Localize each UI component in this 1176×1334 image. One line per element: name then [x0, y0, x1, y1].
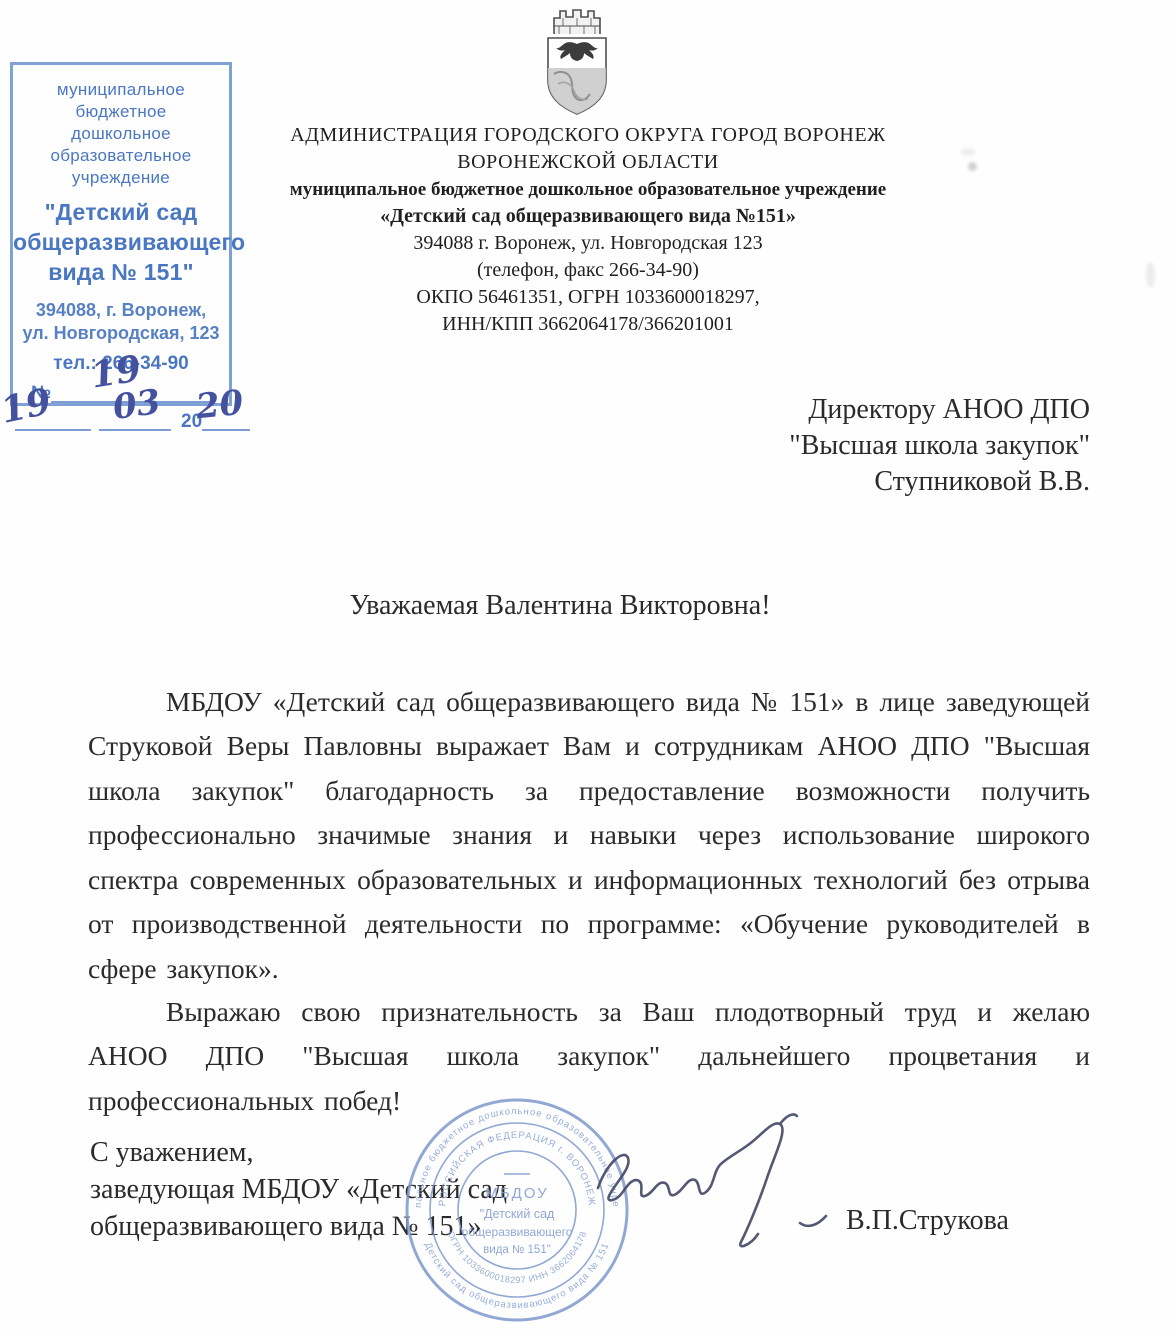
stamp-date-year-underline: 20	[202, 405, 250, 431]
recipient-block: Директору АНОО ДПО "Высшая школа закупок…	[789, 392, 1090, 500]
recipient-organization: "Высшая школа закупок"	[789, 428, 1090, 464]
scan-speck	[1146, 262, 1155, 288]
stamp-title-line: "Детский сад	[13, 197, 229, 227]
letterhead-org-name: «Детский сад общеразвивающего вида №151»	[238, 203, 938, 230]
stamp-year-prefix: 20	[181, 411, 202, 433]
seal-center-abbr: МБДОУ	[485, 1185, 548, 1202]
stamp-phone: тел.: 266-34-90	[13, 353, 229, 375]
letterhead-okpo-ogrn: ОКПО 56461351, ОГРН 1033600018297,	[238, 284, 938, 311]
stamp-number-label: №	[31, 382, 51, 403]
stamp-date-day-underline: 19	[15, 405, 91, 431]
scanned-letter-page: муниципальное бюджетное дошкольное образ…	[0, 0, 1176, 1334]
letterhead-region-line: ВОРОНЕЖСКОЙ ОБЛАСТИ	[238, 149, 938, 176]
letterhead-org-type: муниципальное бюджетное дошкольное образ…	[238, 176, 938, 203]
scan-speck	[960, 148, 976, 156]
seal-center-name-1: "Детский сад	[480, 1207, 555, 1221]
letterhead-inn-kpp: ИНН/КПП 3662064178/366201001	[238, 311, 938, 338]
letterhead-administration-line: АДМИНИСТРАЦИЯ ГОРОДСКОГО ОКРУГА ГОРОД ВО…	[238, 122, 938, 149]
stamp-title-line: вида № 151"	[13, 257, 229, 287]
scan-speck	[968, 162, 977, 171]
stamp-date-month-underline: 03	[99, 405, 171, 431]
letterhead-phone: (телефон, факс 266-34-90)	[238, 257, 938, 284]
stamp-address-line: ул. Новгородская, 123	[13, 322, 229, 345]
stamp-title-line: общеразвивающего	[13, 227, 229, 257]
stamp-org-line: дошкольное	[13, 123, 229, 145]
stamp-number-underline: 19	[51, 377, 215, 403]
stamp-org-line: образовательное	[13, 145, 229, 167]
salutation: Уважаемая Валентина Викторовна!	[60, 590, 1060, 622]
voronezh-coat-of-arms-icon	[534, 4, 620, 116]
letterhead-address: 394088 г. Воронеж, ул. Новгородская 123	[238, 230, 938, 257]
stamp-date-row: 19 03 20 20	[15, 405, 219, 431]
body-paragraph-1: МБДОУ «Детский сад общеразвивающего вида…	[88, 680, 1090, 992]
signer-name: В.П.Струкова	[846, 1205, 1009, 1237]
stamp-org-line: учреждение	[13, 167, 229, 189]
stamp-number-row: № 19	[31, 377, 215, 403]
stamp-address-line: 394088, г. Воронеж,	[13, 299, 229, 322]
recipient-name: Ступниковой В.В.	[789, 464, 1090, 500]
letterhead: АДМИНИСТРАЦИЯ ГОРОДСКОГО ОКРУГА ГОРОД ВО…	[238, 122, 938, 338]
stamp-org-line: бюджетное	[13, 101, 229, 123]
seal-center-name-3: вида № 151"	[483, 1244, 551, 1256]
corner-stamp: муниципальное бюджетное дошкольное образ…	[10, 62, 232, 406]
stamp-org-line: муниципальное	[13, 79, 229, 101]
recipient-position: Директору АНОО ДПО	[789, 392, 1090, 428]
signature-ink	[550, 1108, 840, 1258]
